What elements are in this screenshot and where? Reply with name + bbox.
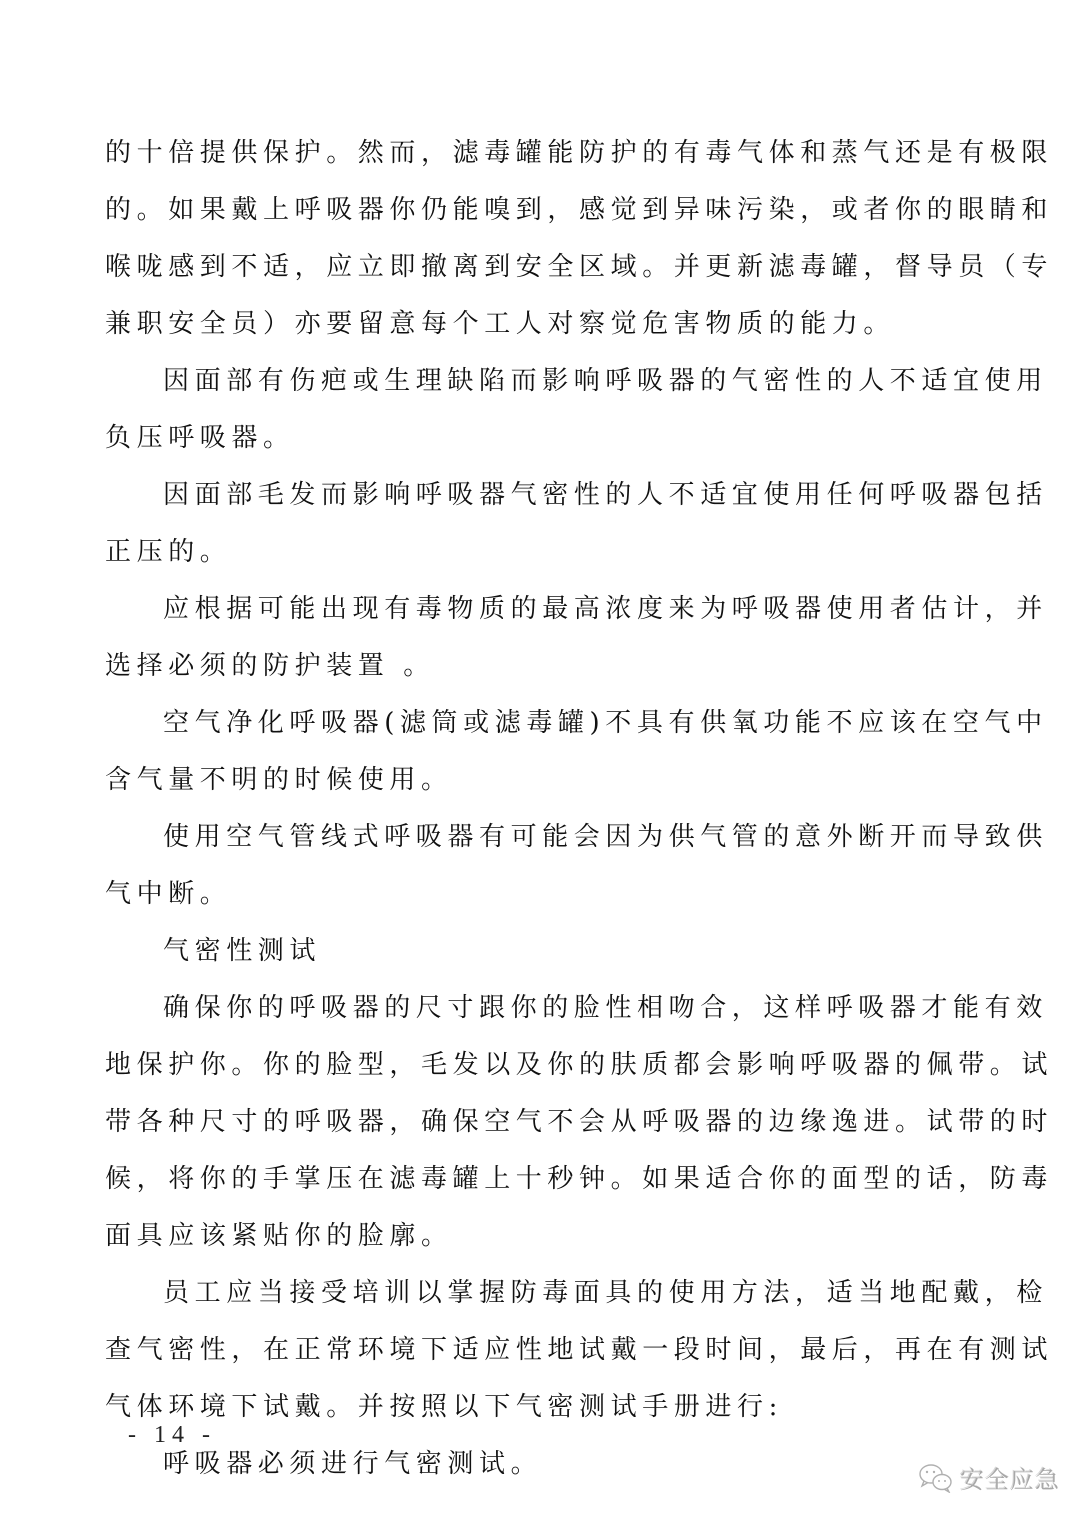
- wechat-icon: [918, 1463, 954, 1493]
- watermark-label: 安全应急: [960, 1460, 1060, 1495]
- text-line: 查气密性，在正常环境下适应性地试戴一段时间，最后，再在有测试: [105, 1335, 1053, 1365]
- paragraph-start: 呼吸器必须进行气密测试。: [163, 1449, 542, 1479]
- text-line: 负压呼吸器。: [105, 423, 295, 453]
- paragraph-start: 员工应当接受培训以掌握防毒面具的使用方法，适当地配戴，检: [163, 1278, 1048, 1308]
- text-line: 气体环境下试戴。并按照以下气密测试手册进行:: [105, 1392, 783, 1422]
- paragraph-start: 因面部有伤疤或生理缺陷而影响呼吸器的气密性的人不适宜使用: [163, 366, 1048, 396]
- text-line: 气中断。: [105, 879, 231, 909]
- text-line: 含气量不明的时候使用。: [105, 765, 453, 795]
- text-line: 地保护你。你的脸型，毛发以及你的肤质都会影响呼吸器的佩带。试: [105, 1050, 1053, 1080]
- text-line: 候，将你的手掌压在滤毒罐上十秒钟。如果适合你的面型的话，防毒: [105, 1164, 1053, 1194]
- text-line: 的。如果戴上呼吸器你仍能嗅到，感觉到异味污染，或者你的眼睛和: [105, 195, 1053, 225]
- section-heading: 气密性测试: [163, 936, 321, 966]
- paragraph-start: 空气净化呼吸器(滤筒或滤毒罐)不具有供氧功能不应该在空气中: [163, 708, 1048, 738]
- text-line: 选择必须的防护装置 。: [105, 651, 435, 681]
- text-line: 面具应该紧贴你的脸廓。: [105, 1221, 453, 1251]
- paragraph-start: 应根据可能出现有毒物质的最高浓度来为呼吸器使用者估计，并: [163, 594, 1048, 624]
- page-number: - 14 -: [128, 1422, 216, 1449]
- paragraph-start: 使用空气管线式呼吸器有可能会因为供气管的意外断开而导致供: [163, 822, 1048, 852]
- text-line: 喉咙感到不适，应立即撤离到安全区域。并更新滤毒罐，督导员（专: [105, 252, 1053, 282]
- text-line: 正压的。: [105, 537, 231, 567]
- watermark: 安全应急: [918, 1460, 1060, 1495]
- paragraph-start: 因面部毛发而影响呼吸器气密性的人不适宜使用任何呼吸器包括: [163, 480, 1048, 510]
- paragraph-start: 确保你的呼吸器的尺寸跟你的脸性相吻合，这样呼吸器才能有效: [163, 993, 1048, 1023]
- text-line: 的十倍提供保护。然而，滤毒罐能防护的有毒气体和蒸气还是有极限: [105, 138, 1053, 168]
- text-line: 兼职安全员）亦要留意每个工人对察觉危害物质的能力。: [105, 309, 895, 339]
- text-line: 带各种尺寸的呼吸器，确保空气不会从呼吸器的边缘逸进。试带的时: [105, 1107, 1053, 1137]
